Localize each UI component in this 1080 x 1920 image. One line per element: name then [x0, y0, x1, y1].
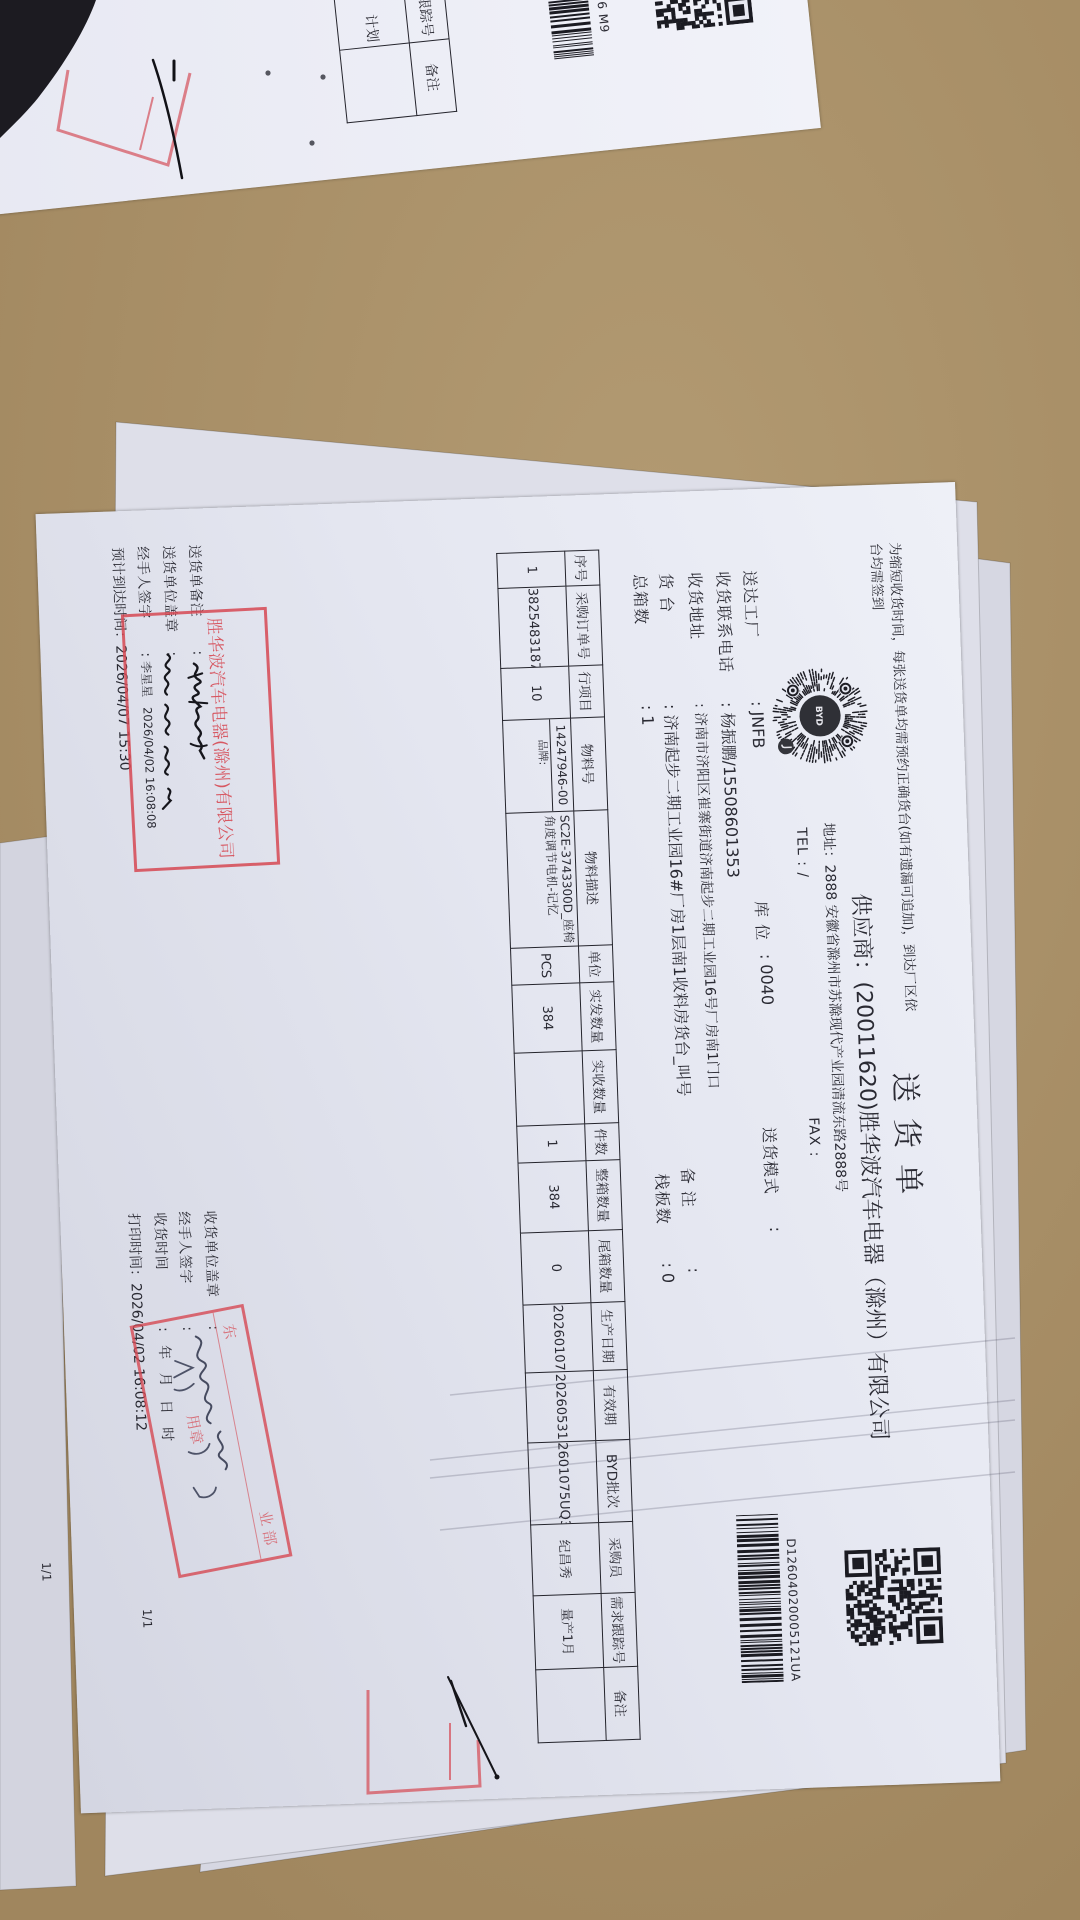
remark-label: 备 注 [677, 1167, 701, 1208]
col-header-tail-box-qty: 尾箱数量 [588, 1230, 624, 1303]
receiver-handler-label: 经手人签字 [174, 1211, 198, 1327]
cell-description: SC2E-3743300D_座椅角度调节电机-记忆 [506, 811, 579, 948]
cell-expiry-date: 20260531 [525, 1371, 595, 1443]
remark-header-cell: 备注 [409, 39, 456, 116]
cell-remark [536, 1667, 607, 1742]
supplier-fax: FAX : [805, 1117, 822, 1158]
js-badge-icon [778, 738, 794, 754]
cell-shipped-qty: 384 [512, 983, 582, 1053]
total-boxes-value: : 1 [638, 705, 658, 726]
pallets-value: : 0 [658, 1262, 678, 1283]
cell-material: 14247946-00 品牌: [503, 718, 574, 813]
cell-buyer: 纪昌秀 [531, 1523, 601, 1596]
cell-production-date: 20260107 [523, 1303, 593, 1373]
col-header-full-box-qty: 整箱数量 [586, 1160, 622, 1231]
cell-seq: 1 [497, 551, 566, 588]
document-qr-code [844, 1547, 943, 1646]
dock-value: : 济南起步二期工业园16#厂房1层南1收料房货台_叫号 [660, 704, 697, 1097]
col-header-unit: 单位 [578, 945, 613, 983]
cell-line-item: 10 [501, 666, 571, 720]
col-header-seq: 序号 [565, 550, 600, 586]
factory-label: 送达工厂 [739, 570, 764, 639]
remark-value: : [684, 1267, 703, 1273]
receiver-signature [140, 1321, 267, 1563]
col-header-buyer: 采购员 [599, 1521, 635, 1593]
shipper-signature [140, 633, 223, 875]
pallets-label: 栈板数 [651, 1173, 676, 1225]
location-value: : 0040 [756, 954, 777, 1006]
factory-value: : JNFB [748, 701, 769, 749]
supplier-name: (20011620)胜华波汽车电器（滁州）有限公司 [850, 981, 891, 1441]
top-sheet-table: 跟踪号 备注 计划 [329, 0, 458, 123]
col-header-remark: 备注 [604, 1666, 641, 1740]
document-number: D12604020005121UA [784, 1538, 803, 1682]
plan-cell: 计划 [329, 0, 409, 50]
cell-tail-box-qty: 0 [520, 1231, 590, 1305]
col-header-shipped-qty: 实发数量 [580, 982, 616, 1051]
dock-label: 货 台 [655, 573, 679, 614]
col-header-description: 物料描述 [574, 810, 613, 946]
delivery-mode-label: 送货模式 [758, 1126, 783, 1195]
delivery-note-page: 为缩短收货时间，每张送货单均需预约正确货台(如有遗漏可追加)，到达厂区依 台均需… [36, 482, 1001, 1813]
page-number: 1/1 [140, 1609, 155, 1629]
cell-unit: PCS [511, 946, 580, 985]
top-sheet-table-row: 计划 [329, 0, 417, 123]
mini-program-code: BYD [769, 665, 870, 766]
supplier-address: 地址：2888 安徽省滁州市苏滁现代产业园清流东路2888号 [819, 822, 852, 1192]
page-title: 送货单 [886, 1071, 935, 1210]
col-header-byd-batch: BYD批次 [596, 1439, 633, 1522]
back-sheet-page-number: 1/1 [39, 1562, 54, 1582]
document-barcode [736, 1514, 784, 1683]
contact-value: : 杨振鹏/15508601353 [717, 702, 746, 879]
cell-material-no: 14247946-00 [549, 719, 573, 812]
col-header-demand-tracking: 需求跟踪号 [601, 1592, 638, 1667]
cell-pieces: 1 [517, 1124, 586, 1163]
cell-brand: 品牌: [534, 719, 552, 811]
delivery-mode-value: : [766, 1226, 785, 1232]
receive-time-label: 收货时间 [150, 1212, 174, 1328]
total-boxes-label: 总箱数 [629, 574, 654, 626]
supplier-tel: TEL : / [793, 827, 811, 878]
location-label: 库 位 [751, 901, 775, 942]
cell-demand-tracking: 量产1月 [533, 1594, 604, 1670]
top-sheet-qr-code [648, 0, 754, 32]
remark-cell [340, 43, 417, 123]
cell-received-qty [514, 1051, 585, 1126]
col-header-material-no: 物料号 [571, 717, 608, 811]
address-label: 收货地址 [684, 572, 709, 641]
receiver-company-stamp: 东 业 部 用章 [130, 1304, 293, 1578]
col-header-po-number: 采购订单号 [566, 585, 603, 666]
supplier-label: 供应商： [847, 893, 875, 982]
col-header-production-date: 生产日期 [591, 1302, 627, 1371]
byd-logo-text: BYD [813, 706, 824, 726]
cell-po-number: 3825483187 [498, 586, 569, 668]
col-header-line-item: 行项目 [569, 665, 605, 718]
cell-full-box-qty: 384 [518, 1161, 588, 1233]
col-header-pieces: 件数 [585, 1123, 620, 1161]
col-header-expiry-date: 有效期 [593, 1369, 629, 1440]
top-sheet-barcode [537, 0, 594, 61]
cell-byd-batch: 2601075UQ3 [528, 1441, 599, 1525]
contact-label: 收货联系电话 [712, 571, 739, 674]
col-header-received-qty: 实收数量 [582, 1050, 619, 1124]
items-table: 序号 采购订单号 行项目 物料号 物料描述 单位 实发数量 实收数量 件数 整箱… [496, 549, 641, 1743]
